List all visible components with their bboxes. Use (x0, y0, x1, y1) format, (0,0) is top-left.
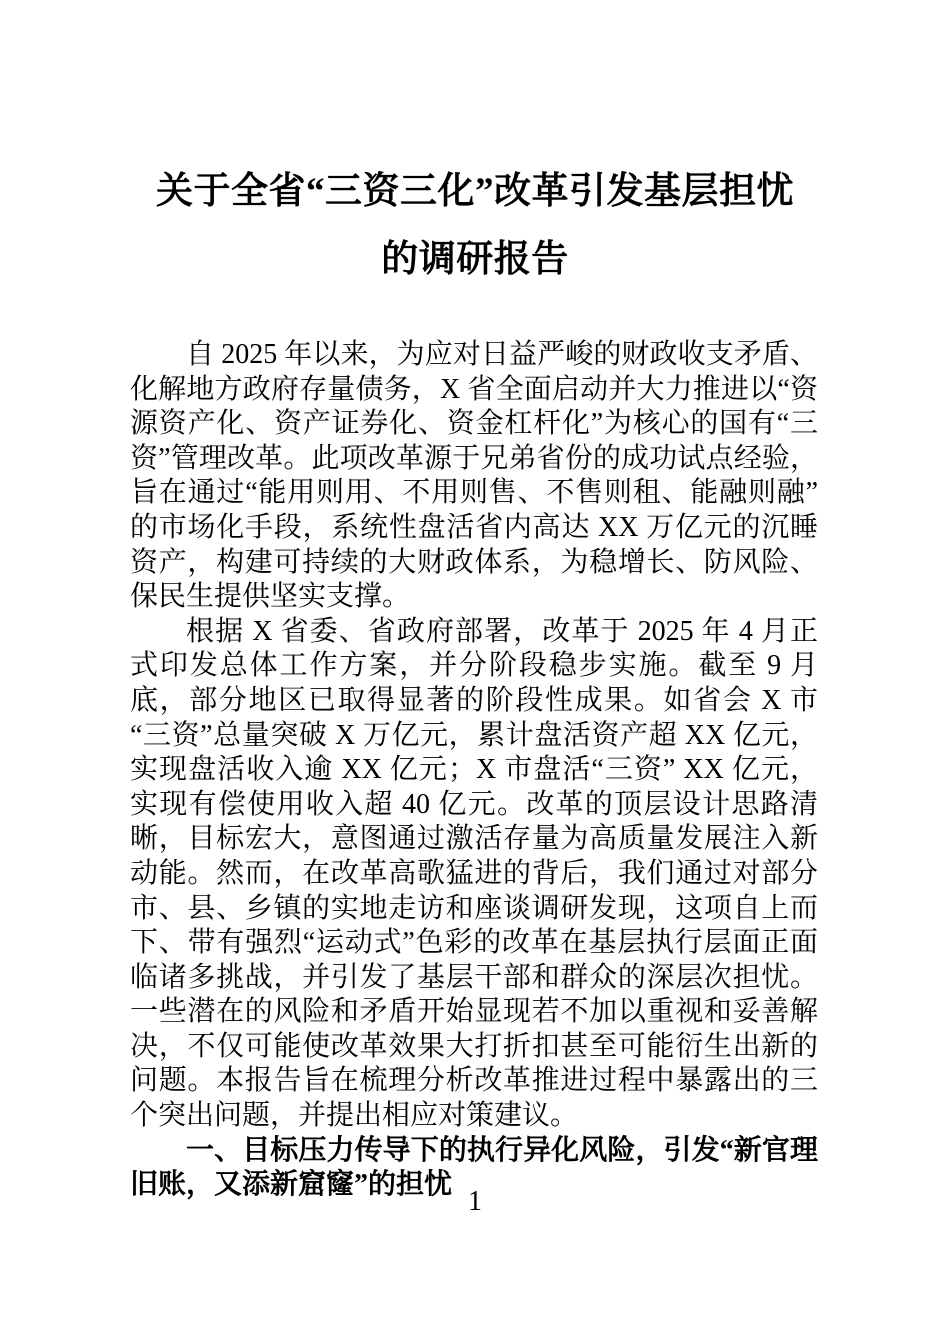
body-paragraph-2: 根据 X 省委、省政府部署，改革于 2025 年 4 月正式印发总体工作方案，并… (130, 615, 818, 1134)
document-page: 关于全省“三资三化”改革引发基层担忧 的调研报告 自 2025 年以来，为应对日… (0, 0, 950, 1344)
document-title-line-1: 关于全省“三资三化”改革引发基层担忧 (130, 158, 820, 226)
document-title-line-2: 的调研报告 (130, 226, 820, 294)
page-number: 1 (0, 1187, 950, 1217)
document-title: 关于全省“三资三化”改革引发基层担忧 的调研报告 (130, 0, 820, 294)
body-paragraph-1: 自 2025 年以来，为应对日益严峻的财政收支矛盾、化解地方政府存量债务，X 省… (130, 338, 818, 615)
document-body: 自 2025 年以来，为应对日益严峻的财政收支矛盾、化解地方政府存量债务，X 省… (130, 338, 818, 1203)
